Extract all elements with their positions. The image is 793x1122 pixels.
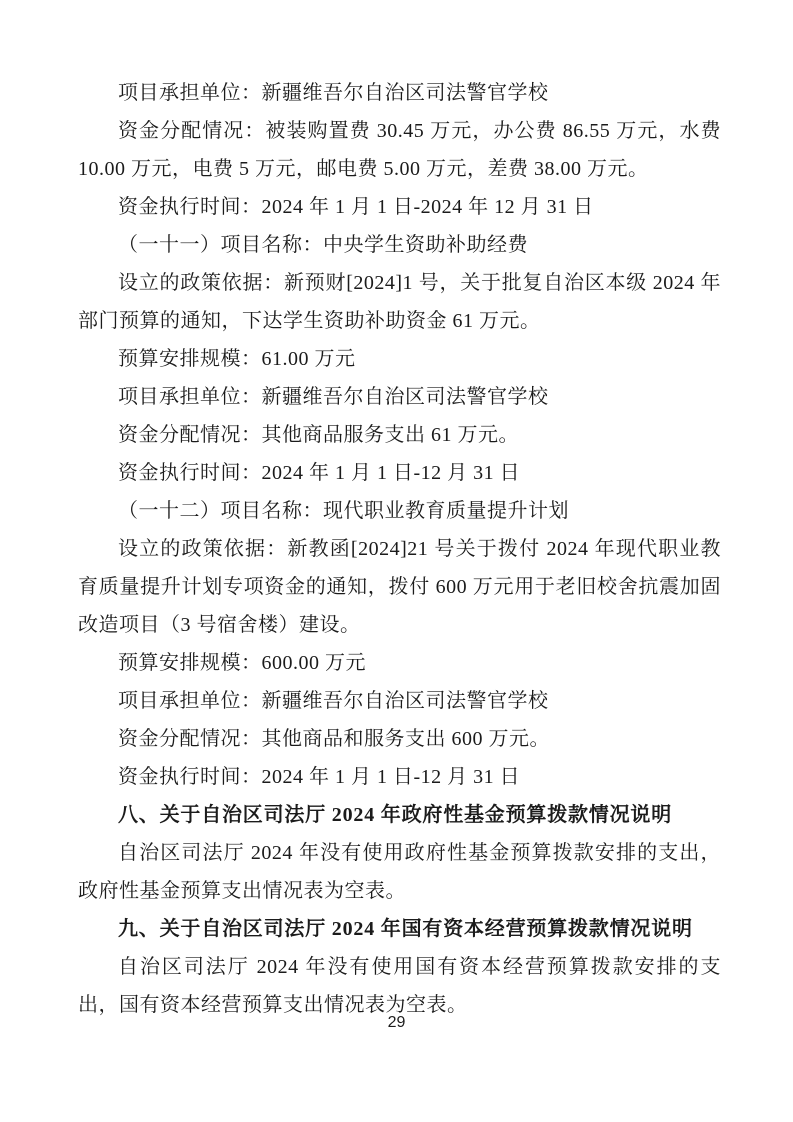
para-project-11-budget-scale: 预算安排规模：61.00 万元 — [78, 340, 721, 378]
para-project-12-policy-basis: 设立的政策依据：新教函[2024]21 号关于拨付 2024 年现代职业教育质量… — [78, 530, 721, 644]
para-project-unit: 项目承担单位：新疆维吾尔自治区司法警官学校 — [78, 74, 721, 112]
para-project-12-name: （一十二）项目名称：现代职业教育质量提升计划 — [78, 492, 721, 530]
para-section-9-body: 自治区司法厅 2024 年没有使用国有资本经营预算拨款安排的支出，国有资本经营预… — [78, 948, 721, 1024]
para-project-11-policy-basis: 设立的政策依据：新预财[2024]1 号，关于批复自治区本级 2024 年部门预… — [78, 264, 721, 340]
document-body: 项目承担单位：新疆维吾尔自治区司法警官学校 资金分配情况：被装购置费 30.45… — [78, 74, 721, 1024]
para-project-12-budget-scale: 预算安排规模：600.00 万元 — [78, 644, 721, 682]
para-project-12-fund-allocation: 资金分配情况：其他商品和服务支出 600 万元。 — [78, 720, 721, 758]
document-page: 项目承担单位：新疆维吾尔自治区司法警官学校 资金分配情况：被装购置费 30.45… — [0, 0, 793, 1122]
para-project-12-execution-time: 资金执行时间：2024 年 1 月 1 日-12 月 31 日 — [78, 758, 721, 796]
para-fund-allocation: 资金分配情况：被装购置费 30.45 万元，办公费 86.55 万元，水费 10… — [78, 112, 721, 188]
section-heading-8-government-fund: 八、关于自治区司法厅 2024 年政府性基金预算拨款情况说明 — [78, 796, 721, 834]
para-project-11-name: （一十一）项目名称：中央学生资助补助经费 — [78, 226, 721, 264]
page-footer: 29 — [0, 1014, 793, 1032]
page-number: 29 — [388, 1014, 406, 1031]
para-project-11-fund-allocation: 资金分配情况：其他商品服务支出 61 万元。 — [78, 416, 721, 454]
section-heading-9-state-capital: 九、关于自治区司法厅 2024 年国有资本经营预算拨款情况说明 — [78, 910, 721, 948]
para-project-11-execution-time: 资金执行时间：2024 年 1 月 1 日-12 月 31 日 — [78, 454, 721, 492]
para-project-12-unit: 项目承担单位：新疆维吾尔自治区司法警官学校 — [78, 682, 721, 720]
para-section-8-body: 自治区司法厅 2024 年没有使用政府性基金预算拨款安排的支出，政府性基金预算支… — [78, 834, 721, 910]
para-project-11-unit: 项目承担单位：新疆维吾尔自治区司法警官学校 — [78, 378, 721, 416]
para-fund-execution-time: 资金执行时间：2024 年 1 月 1 日-2024 年 12 月 31 日 — [78, 188, 721, 226]
